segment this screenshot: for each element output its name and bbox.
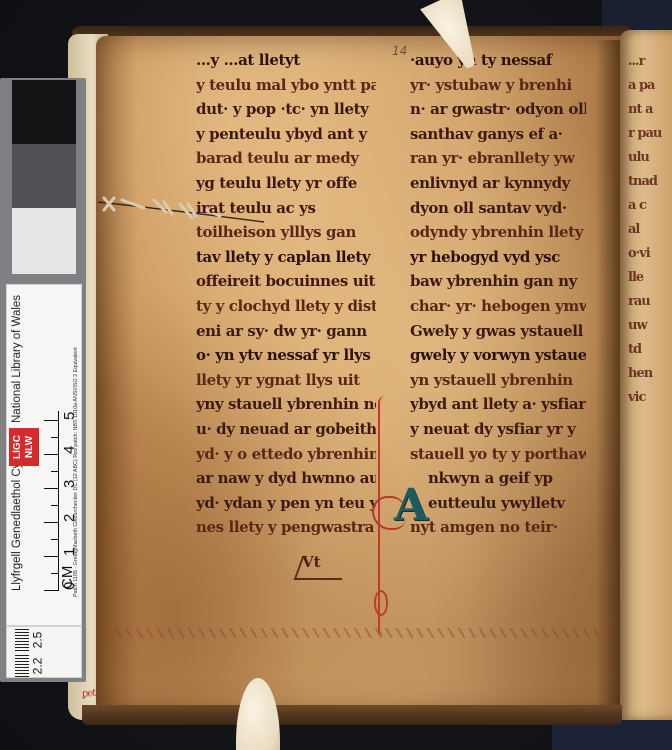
text-line: ybyd ant llety a· ysfiar — [410, 392, 586, 417]
facing-page-text: ...ra pant ar pauulutnada calo·villerauu… — [628, 50, 672, 410]
text-line: dyon oll santav vyd· — [410, 196, 586, 221]
ruler-tick — [44, 590, 58, 591]
red-pen-loop — [374, 590, 388, 616]
ruler-tick — [44, 556, 58, 557]
text-line: llety yr ygnat llys uit — [196, 368, 376, 393]
text-line: n· ar gwastr· odyon oll — [410, 97, 586, 122]
facing-text-line: o·vi — [628, 242, 672, 266]
text-line: enlivnyd ar kynnydy — [410, 171, 586, 196]
text-line: nkwyn a geif yp — [410, 466, 586, 491]
text-line: u· dy neuad ar gobeith — [196, 417, 376, 442]
decorative-ruled-border — [110, 628, 610, 638]
facing-text-line: tnad — [628, 170, 672, 194]
res-bars-icon — [15, 629, 29, 651]
text-line: y neuat dy ysfiar yr y — [410, 417, 586, 442]
text-line: tav llety y caplan llety — [196, 245, 376, 270]
text-line: santhav ganys ef a· — [410, 122, 586, 147]
decorated-initial: A — [394, 482, 428, 530]
text-line: yd· ydan y pen yn teu y — [196, 491, 376, 516]
text-line: y teulu mal ybo yntt par — [196, 73, 376, 98]
ruler-half-tick — [51, 437, 58, 438]
logo-line-2: NLW — [24, 428, 36, 466]
ruler-half-tick — [51, 471, 58, 472]
text-column-left: ...y ...at lletyty teulu mal ybo yntt pa… — [196, 48, 376, 540]
ruler-half-tick — [51, 573, 58, 574]
facing-text-line: r pau — [628, 122, 672, 146]
ruler-half-tick — [51, 539, 58, 540]
text-line: yg teulu llety yr offe — [196, 171, 376, 196]
text-line: eni ar sy· dw yr· gann — [196, 319, 376, 344]
text-column-right: ·auyo yn ty nessafyr· ystubaw y brenhin·… — [410, 48, 586, 540]
nlw-logo: LlGC NLW — [9, 428, 39, 466]
ruler-tick — [44, 454, 58, 455]
res-patch-2: 2.2 — [7, 653, 83, 679]
text-line: yr· ystubaw y brenhi — [410, 73, 586, 98]
res-patch-1: 2.5 — [7, 627, 83, 653]
text-line: barad teulu ar medy — [196, 146, 376, 171]
text-line: yr hebogyd vyd ysc — [410, 245, 586, 270]
text-line: nes llety y pengwastra — [196, 515, 376, 540]
text-line: irat teulu ac ys — [196, 196, 376, 221]
res-value-2: 2.2 — [30, 658, 44, 675]
text-line: ·auyo yn ty nessaf — [410, 48, 586, 73]
text-line: baw ybrenhin gan ny — [410, 269, 586, 294]
colour-patch-black — [12, 80, 76, 144]
target-fine-print: Patch 1105 - GretagMacbeth Colourchecker… — [73, 347, 79, 597]
facing-text-line: a pa — [628, 74, 672, 98]
facing-page: ...ra pant ar pauulutnada calo·villerauu… — [620, 30, 672, 720]
text-line: o· yn ytv nessaf yr llys — [196, 343, 376, 368]
colour-patch-white — [12, 208, 76, 274]
facing-text-line: rau — [628, 290, 672, 314]
text-line: y penteulu ybyd ant y — [196, 122, 376, 147]
text-line: eutteulu ywylletv — [410, 491, 586, 516]
text-line: ar naw y dyd hwnno au — [196, 466, 376, 491]
facing-text-line: a c — [628, 194, 672, 218]
colour-patch-grey — [12, 144, 76, 208]
catchword: Vt — [302, 553, 321, 571]
text-line: ty y clochyd llety y dist — [196, 294, 376, 319]
facing-text-line: nt a — [628, 98, 672, 122]
text-line: ran yr· ebranllety yw — [410, 146, 586, 171]
text-line: char· yr· hebogen ymwc — [410, 294, 586, 319]
text-line: yn ystauell ybrenhin — [410, 368, 586, 393]
facing-text-line: vic — [628, 386, 672, 410]
text-line: ...y ...at lletyt — [196, 48, 376, 73]
res-bars-icon — [15, 655, 29, 677]
text-line: toilheison ylllys gan — [196, 220, 376, 245]
text-line: dut· y pop ·tc· yn llety — [196, 97, 376, 122]
text-line: stauell yo ty y porthaw — [410, 442, 586, 467]
facing-text-line: td — [628, 338, 672, 362]
facing-text-line: ...r — [628, 50, 672, 74]
ruler-tick — [44, 420, 58, 421]
facing-text-line: uw — [628, 314, 672, 338]
book-bottom-edge — [82, 705, 622, 725]
text-line: yd· y o ettedo ybrenhin — [196, 442, 376, 467]
folio-number: 14 — [392, 44, 407, 58]
facing-text-line: hen — [628, 362, 672, 386]
text-line: yny stauell ybrenhin ne — [196, 392, 376, 417]
res-value-1: 2.5 — [30, 632, 44, 649]
ruler-tick — [44, 522, 58, 523]
facing-text-line: ulu — [628, 146, 672, 170]
text-line: offeireit bocuinnes uit — [196, 269, 376, 294]
text-line: odyndy ybrenhin llety — [410, 220, 586, 245]
ruler-half-tick — [51, 505, 58, 506]
logo-line-1: LlGC — [12, 428, 24, 466]
resolution-patch-card: 2.5 2.2 — [6, 626, 82, 678]
institution-english: National Library of Wales — [11, 295, 23, 423]
text-line: gwely y vorwyn ystauell — [410, 343, 586, 368]
cm-ruler: 012345 — [45, 411, 59, 591]
text-line: Gwely y gwas ystauell a — [410, 319, 586, 344]
facing-text-line: lle — [628, 266, 672, 290]
facing-text-line: al — [628, 218, 672, 242]
text-line: nyt amgen no teir· — [410, 515, 586, 540]
ruler-tick — [44, 488, 58, 489]
scale-label-card: Llyfrgell Genedlaethol Cymru LlGC NLW Na… — [6, 284, 82, 626]
gutter-shadow — [596, 40, 622, 712]
